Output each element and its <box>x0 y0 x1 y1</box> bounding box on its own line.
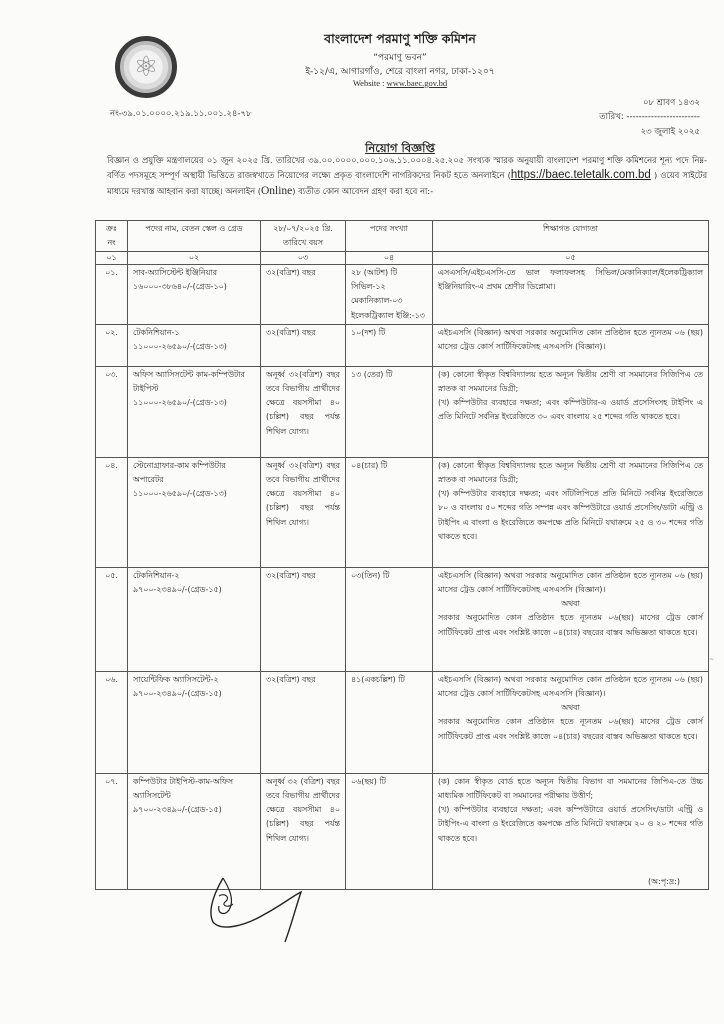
website-link[interactable]: www.baec.gov.bd <box>387 78 448 88</box>
header-post-count: পদের সংখ্যা <box>346 221 433 252</box>
organization-address: ই-১২/এ, আগারগাঁও, শেরে বাংলা নগর, ঢাকা-১… <box>240 64 560 79</box>
pay-scale: ৯৭০০-২৩৪৯০/-(গ্রেড-১৫) <box>133 687 255 701</box>
serial-number: ০৭. <box>96 773 128 889</box>
website-line: Website : www.baec.gov.bd <box>240 78 560 88</box>
qualification-item: এসএসসি/এইচএসসি-তে ভাল ফলাফলসহ সিভিল/মেকা… <box>438 266 703 294</box>
pay-scale: ১৬০০০-৩৮৬৪০/-(গ্রেড-১০) <box>133 280 255 294</box>
qualification-item: এইচএসসি (বিজ্ঞান) অথবা সরকার অনুমোদিত কো… <box>438 569 703 597</box>
age-limit: ৩২(বত্রিশ) বছর <box>261 324 346 366</box>
date-bangla-calendar: ০৮ শ্রাবণ ১৪৩২ <box>560 96 700 110</box>
header-qualification: শিক্ষাগত যোগ্যতা <box>433 221 709 252</box>
post-count: ০৪(চার) টি <box>351 459 427 473</box>
post-count-cell: ৪১(একচল্লিশ) টি <box>346 671 433 773</box>
post-name-cell: স্টেনোগ্রাফার-কাম কম্পিউটার অপারেটর১১০০০… <box>128 457 261 567</box>
pay-scale: ১১০০০-২৬৫৯০/-(গ্রেড-১৩) <box>133 340 255 354</box>
post-count-cell: ০৪(চার) টি <box>346 457 433 567</box>
post-count-breakdown: সিভিল-১২ <box>351 280 427 294</box>
pay-scale: ১১০০০-২৬৫৯০/-(গ্রেড-১৩) <box>133 396 255 410</box>
qualification-cell: এইচএসসি (বিজ্ঞান) অথবা সরকার অনুমোদিত কো… <box>433 567 709 671</box>
table-row: ০৩.অফিস অ্যাসিসটেন্ট কাম-কম্পিউটার টাইপি… <box>96 366 709 457</box>
apply-link[interactable]: https://baec.teletalk.com.bd <box>511 169 651 181</box>
qualification-item: (খ) কম্পিউটার ব্যবহারে দক্ষতা; এবং কম্পি… <box>438 803 703 846</box>
website-label: Website : <box>353 78 387 88</box>
post-count-breakdown: ইলেকট্রিক্যাল ইঞ্জি:-১৩ <box>351 309 427 323</box>
serial-number: ০১. <box>96 265 128 325</box>
post-count-cell: ২৮ (আটশ) টিসিভিল-১২মেকানিক্যাল-০৩ইলেকট্র… <box>346 265 433 325</box>
qualification-item: এইচএসসি (বিজ্ঞান) অথবা সরকার অনুমোদিত কো… <box>438 673 703 701</box>
post-count: ২৮ (আটশ) টি <box>351 266 427 280</box>
qualification-cell: (ক) কোনো স্বীকৃত বিশ্ববিদ্যালয় হতে অন্য… <box>433 457 709 567</box>
table-row: ০৭.কম্পিউটার টাইপিস্ট-কাম-অফিস অ্যাসিসটে… <box>96 773 709 889</box>
qualification-cell: এসএসসি/এইচএসসি-তে ভাল ফলাফলসহ সিভিল/মেকা… <box>433 265 709 325</box>
alternative-qualification: সরকার অনুমোদিত কোন প্রতিষ্ঠান হতে ন্যূনত… <box>438 611 703 639</box>
table-row: ০৫.টেকনিশিয়ান-২৯৭০০-২৩৪৯০/-(গ্রেড-১৫)৩২… <box>96 567 709 671</box>
online-word: Online <box>261 185 292 197</box>
qualification-item: (ক) কোনো স্বীকৃত বিশ্ববিদ্যালয় হতে অন্য… <box>438 459 703 487</box>
post-count: ০৩(তিন) টি <box>351 569 427 583</box>
signature-icon <box>205 870 315 950</box>
age-limit: অনূর্ধ্ব ৩২(বত্রিশ) বছর তবে বিভাগীয় প্র… <box>261 366 346 457</box>
header-post-name: পদের নাম, বেতন স্কেল ও গ্রেড <box>128 221 261 252</box>
post-count-breakdown: মেকানিক্যাল-০৩ <box>351 294 427 308</box>
alternative-label: অথবা <box>438 597 703 611</box>
post-count: ৪১(একচল্লিশ) টি <box>351 673 427 687</box>
post-name: স্টেনোগ্রাফার-কাম কম্পিউটার অপারেটর <box>133 459 255 487</box>
header-age: ২৮/০৭/২০২৫ খ্রি. তারিখে বয়স <box>261 221 346 252</box>
age-limit: অনূর্ধ্ব ৩২(বত্রিশ) বছর তবে বিভাগীয় প্র… <box>261 457 346 567</box>
post-name-cell: অফিস অ্যাসিসটেন্ট কাম-কম্পিউটার টাইপিস্ট… <box>128 366 261 457</box>
qualification-cell: এইচএসসি (বিজ্ঞান) অথবা সরকার অনুমোদিত কো… <box>433 324 709 366</box>
table-row: ০২.টেকনিশিয়ান-১১১০০০-২৬৫৯০/-(গ্রেড-১৩)৩… <box>96 324 709 366</box>
post-name: অফিস অ্যাসিসটেন্ট কাম-কম্পিউটার টাইপিস্ট <box>133 368 255 396</box>
building-name: “পরমাণু ভবন” <box>240 50 560 65</box>
table-row: ০৪.স্টেনোগ্রাফার-কাম কম্পিউটার অপারেটর১১… <box>96 457 709 567</box>
post-name-cell: সাব-অ্যাসিস্টেন্ট ইঞ্জিনিয়ার১৬০০০-৩৮৬৪০… <box>128 265 261 325</box>
post-name: কম্পিউটার টাইপিস্ট-কাম-অফিস অ্যাসিসটেন্ট <box>133 775 255 803</box>
alternative-qualification: সরকার অনুমোদিত কোন প্রতিষ্ঠান হতে ন্যূনত… <box>438 715 703 743</box>
qualification-item: এইচএসসি (বিজ্ঞান) অথবা সরকার অনুমোদিত কো… <box>438 326 703 354</box>
memo-number: নং-৩৯.০১.০০০০.২১৯.১১.০০১.২৪-৭৮ <box>110 107 252 121</box>
post-count-cell: ০৩(তিন) টি <box>346 567 433 671</box>
post-count: ১৩ (তের) টি <box>351 368 427 382</box>
table-header-row: ক্রঃ নং পদের নাম, বেতন স্কেল ও গ্রেড ২৮/… <box>96 221 709 252</box>
qualification-item: (খ) কম্পিউটার ব্যবহারে দক্ষতা; এবং কম্পি… <box>438 396 703 424</box>
table-row: ০১.সাব-অ্যাসিস্টেন্ট ইঞ্জিনিয়ার১৬০০০-৩৮… <box>96 265 709 325</box>
qualification-cell: (ক) কোন স্বীকৃত বোর্ড হতে অন্যূন দ্বিতীয… <box>433 773 709 889</box>
pay-scale: ১১০০০-২৬৫৯০/-(গ্রেড-১৩) <box>133 487 255 501</box>
serial-number: ০৩. <box>96 366 128 457</box>
qualification-item: (ক) কোনো স্বীকৃত বিশ্ববিদ্যালয় হতে অন্য… <box>438 368 703 396</box>
qualification-item: (খ) কম্পিউটার ব্যবহারে দক্ষতা; এবং সাঁটল… <box>438 487 703 544</box>
post-count: ১০(দশ) টি <box>351 326 427 340</box>
post-name: সায়েন্টিফিক অ্যাসিসটেন্ট-২ <box>133 673 255 687</box>
organization-name: বাংলাদেশ পরমাণু শক্তি কমিশন <box>240 31 560 51</box>
serial-number: ০৪. <box>96 457 128 567</box>
qualification-item: (ক) কোন স্বীকৃত বোর্ড হতে অন্যূন দ্বিতীয… <box>438 775 703 803</box>
age-limit: ৩২(বত্রিশ) বছর <box>261 265 346 325</box>
serial-number: ০৬. <box>96 671 128 773</box>
post-name-cell: টেকনিশিয়ান-১১১০০০-২৬৫৯০/-(গ্রেড-১৩) <box>128 324 261 366</box>
qualification-cell: এইচএসসি (বিজ্ঞান) অথবা সরকার অনুমোদিত কো… <box>433 671 709 773</box>
serial-number: ০৫. <box>96 567 128 671</box>
date-gregorian: ২৩ জুলাই ২০২৫ <box>560 125 700 139</box>
post-count: ০৬(ছয়) টি <box>351 775 427 789</box>
post-count-cell: ১৩ (তের) টি <box>346 366 433 457</box>
commission-emblem-logo <box>115 36 177 98</box>
date-label: তারিখ: ------------------------ <box>480 110 700 124</box>
vacancy-table: ক্রঃ নং পদের নাম, বেতন স্কেল ও গ্রেড ২৮/… <box>95 220 709 890</box>
post-name-cell: টেকনিশিয়ান-২৯৭০০-২৩৪৯০/-(গ্রেড-১৫) <box>128 567 261 671</box>
qualification-cell: (ক) কোনো স্বীকৃত বিশ্ববিদ্যালয় হতে অন্য… <box>433 366 709 457</box>
pay-scale: ৯৭০০-২৩৪৯০/-(গ্রেড-১৫) <box>133 803 255 817</box>
age-limit: ৩২(বত্রিশ) বছর <box>261 671 346 773</box>
scan-mark: ~ <box>709 656 714 663</box>
serial-number: ০২. <box>96 324 128 366</box>
post-name: সাব-অ্যাসিস্টেন্ট ইঞ্জিনিয়ার <box>133 266 255 280</box>
table-row: ০৬.সায়েন্টিফিক অ্যাসিসটেন্ট-২৯৭০০-২৩৪৯০… <box>96 671 709 773</box>
continued-overleaf-note: (অ:পৃ:দ্র:) <box>560 876 680 889</box>
notice-intro-paragraph: বিজ্ঞান ও প্রযুক্তি মন্ত্রণালয়ের ০১ জুন… <box>107 153 707 199</box>
pay-scale: ৯৭০০-২৩৪৯০/-(গ্রেড-১৫) <box>133 583 255 597</box>
alternative-label: অথবা <box>438 701 703 715</box>
age-limit: ৩২(বত্রিশ) বছর <box>261 567 346 671</box>
column-number-row: ০১ ০২ ০৩ ০৪ ০৫ <box>96 252 709 265</box>
post-count-cell: ০৬(ছয়) টি <box>346 773 433 889</box>
header-serial: ক্রঃ নং <box>96 221 128 252</box>
post-name: টেকনিশিয়ান-১ <box>133 326 255 340</box>
post-name: টেকনিশিয়ান-২ <box>133 569 255 583</box>
post-count-cell: ১০(দশ) টি <box>346 324 433 366</box>
post-name-cell: সায়েন্টিফিক অ্যাসিসটেন্ট-২৯৭০০-২৩৪৯০/-(… <box>128 671 261 773</box>
